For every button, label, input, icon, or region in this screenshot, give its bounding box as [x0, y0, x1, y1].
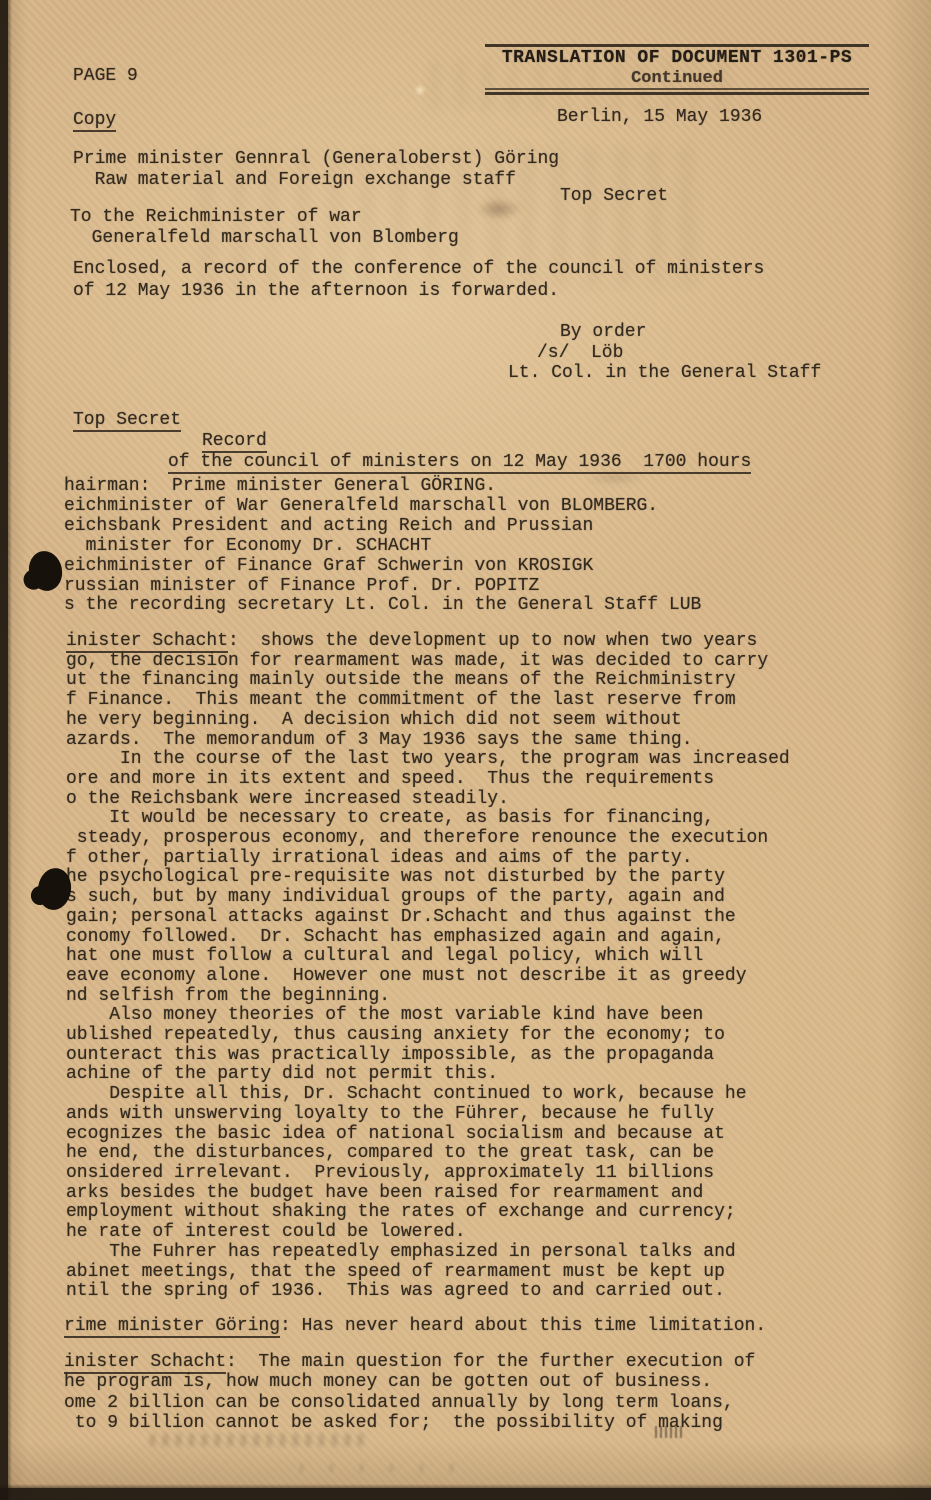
minutes-line: employment without shaking the rates of … — [66, 1203, 790, 1223]
minutes-line: s such, but by many individual groups of… — [66, 888, 790, 908]
faded-text-remnant — [150, 1434, 365, 1446]
minutes-line: he very beginning. A decision which did … — [66, 711, 790, 731]
minutes-line: ands with unswerving loyalty to the Führ… — [66, 1105, 790, 1125]
copy-label-text: Copy — [73, 110, 116, 132]
minutes-line: gain; personal attacks against Dr.Schach… — [66, 908, 790, 928]
minutes-line: eave economy alone. However one must not… — [66, 967, 790, 987]
cover-note-line: of 12 May 1936 in the afternoon is forwa… — [73, 281, 764, 303]
minutes-lines: go, the decision for rearmament was made… — [66, 652, 790, 1302]
minutes-line: ublished repeatedly, thus causing anxiet… — [66, 1026, 790, 1046]
cover-note-line: Enclosed, a record of the conference of … — [73, 259, 764, 281]
minutes-line: steady, prosperous economy, and therefor… — [66, 829, 790, 849]
copy-label: Copy — [73, 110, 116, 130]
scan-edge-bottom — [0, 1488, 931, 1500]
minutes-line: arks besides the budget have been raised… — [66, 1184, 790, 1204]
minutes-line: he psychological pre-requisite was not d… — [66, 868, 790, 888]
minutes-line: Despite all this, Dr. Schacht continued … — [66, 1085, 790, 1105]
speaker-name: inister Schacht — [64, 1352, 226, 1374]
minutes-line: to 9 billion cannot be asked for; the po… — [64, 1413, 755, 1433]
minutes-line: f other, partially irrational ideas and … — [66, 849, 790, 869]
recipient-line: To the Reichminister of war — [70, 207, 459, 228]
scan-edge-left — [0, 0, 8, 1500]
classification-stamp: Top Secret — [560, 186, 668, 206]
minutes-line: ome 2 billion can be consolidated annual… — [64, 1393, 755, 1413]
minutes-lines: he program is, how much money can be got… — [64, 1372, 755, 1433]
minutes-line: In the course of the last two years, the… — [66, 750, 790, 770]
signature-title: Lt. Col. in the General Staff — [508, 363, 821, 383]
record-subtitle: of the council of ministers on 12 May 19… — [168, 452, 751, 472]
minutes-line: It would be necessary to create, as basi… — [66, 809, 790, 829]
minutes-lead-line: inister Schacht: shows the development u… — [66, 632, 790, 652]
smudge-stain — [476, 198, 522, 220]
minutes-line: ounteract this was practically impossibl… — [66, 1046, 790, 1066]
minutes-lead-text: : Has never heard about this time limita… — [280, 1316, 766, 1336]
recipient-line: Generalfeld marschall von Blomberg — [70, 228, 459, 249]
scanned-document-page: PAGE 9 TRANSLATION OF DOCUMENT 1301-PS C… — [0, 0, 931, 1500]
minutes-line: f Finance. This meant the commitment of … — [66, 691, 790, 711]
minutes-line: he end, the disturbances, compared to th… — [66, 1144, 790, 1164]
record-title: Record — [202, 431, 267, 451]
sender-line: Prime minister Gennral (Generaloberst) G… — [73, 149, 559, 170]
minutes-lead-text: : The main question for the further exec… — [226, 1352, 755, 1372]
record-title-text: Record — [202, 431, 267, 453]
minutes-line: onsidered irrelevant. Previously, approx… — [66, 1164, 790, 1184]
speaker-name: rime minister Göring — [64, 1316, 280, 1338]
record-subtitle-text: of the council of ministers on 12 May 19… — [168, 452, 751, 474]
minutes-line: Also money theories of the most variable… — [66, 1006, 790, 1026]
signature-name: /s/ Löb — [537, 343, 623, 363]
minutes-line: conomy followed. Dr. Schacht has emphasi… — [66, 928, 790, 948]
minutes-line: achine of the party did not permit this. — [66, 1065, 790, 1085]
stamp-title: TRANSLATION OF DOCUMENT 1301-PS — [485, 48, 869, 69]
attendee-line: s the recording secretary Lt. Col. in th… — [64, 596, 701, 616]
record-classification-text: Top Secret — [73, 410, 181, 432]
signature-by-order: By order — [560, 322, 646, 342]
faded-text-remnant — [300, 1464, 480, 1472]
minutes-line: he rate of interest could be lowered. — [66, 1223, 790, 1243]
minutes-line: nd selfish from the beginning. — [66, 987, 790, 1007]
dateline: Berlin, 15 May 1936 — [557, 107, 762, 127]
recipient-block: To the Reichminister of war Generalfeld … — [70, 207, 459, 249]
minutes-line: azards. The memorandum of 3 May 1936 say… — [66, 731, 790, 751]
sender-line: Raw material and Foreign exchange staff — [73, 170, 559, 191]
minutes-line: The Fuhrer has repeatedly emphasized in … — [66, 1243, 790, 1263]
stamp-subtitle: Continued — [485, 69, 869, 90]
record-classification: Top Secret — [73, 410, 181, 430]
minutes-line: he program is, how much money can be got… — [64, 1372, 755, 1392]
minutes-line: ecognizes the basic idea of national soc… — [66, 1125, 790, 1145]
minutes-line: ntil the spring of 1936. This was agreed… — [66, 1282, 790, 1302]
minutes-line: o the Reichsbank were increased steadily… — [66, 790, 790, 810]
attendee-line: eichminister of Finance Graf Schwerin vo… — [64, 557, 701, 577]
sender-block: Prime minister Gennral (Generaloberst) G… — [73, 149, 559, 191]
minutes-line: abinet meetings, that the speed of rearm… — [66, 1263, 790, 1283]
page-number: PAGE 9 — [73, 66, 138, 86]
attendee-line: eichminister of War Generalfeld marschal… — [64, 497, 701, 517]
translation-stamp: TRANSLATION OF DOCUMENT 1301-PS Continue… — [485, 44, 869, 95]
paper-fleck — [414, 84, 426, 96]
attendee-list: hairman: Prime minister General GÖRING.e… — [64, 477, 701, 616]
speaker-name: inister Schacht — [66, 631, 228, 653]
attendee-line: eichsbank President and acting Reich and… — [64, 517, 701, 537]
minutes-line: hat one must follow a cultural and legal… — [66, 947, 790, 967]
minutes-paragraph-goering: rime minister Göring: Has never heard ab… — [64, 1316, 766, 1336]
attendee-line: minister for Economy Dr. SCHACHT — [64, 537, 701, 557]
hole-punch — [25, 548, 66, 594]
minutes-lead-line: inister Schacht: The main question for t… — [64, 1352, 755, 1372]
minutes-paragraph-schacht-1: inister Schacht: shows the development u… — [66, 632, 790, 1302]
minutes-line: ut the financing mainly outside the mean… — [66, 671, 790, 691]
attendee-line: hairman: Prime minister General GÖRING. — [64, 477, 701, 497]
cover-note: Enclosed, a record of the conference of … — [73, 259, 764, 302]
minutes-lead-line: rime minister Göring: Has never heard ab… — [64, 1316, 766, 1336]
attendee-line: russian minister of Finance Prof. Dr. PO… — [64, 577, 701, 597]
minutes-lead-text: : shows the development up to now when t… — [228, 631, 757, 651]
minutes-line: ore and more in its extent and speed. Th… — [66, 770, 790, 790]
minutes-line: go, the decision for rearmament was made… — [66, 652, 790, 672]
minutes-paragraph-schacht-2: inister Schacht: The main question for t… — [64, 1352, 755, 1433]
